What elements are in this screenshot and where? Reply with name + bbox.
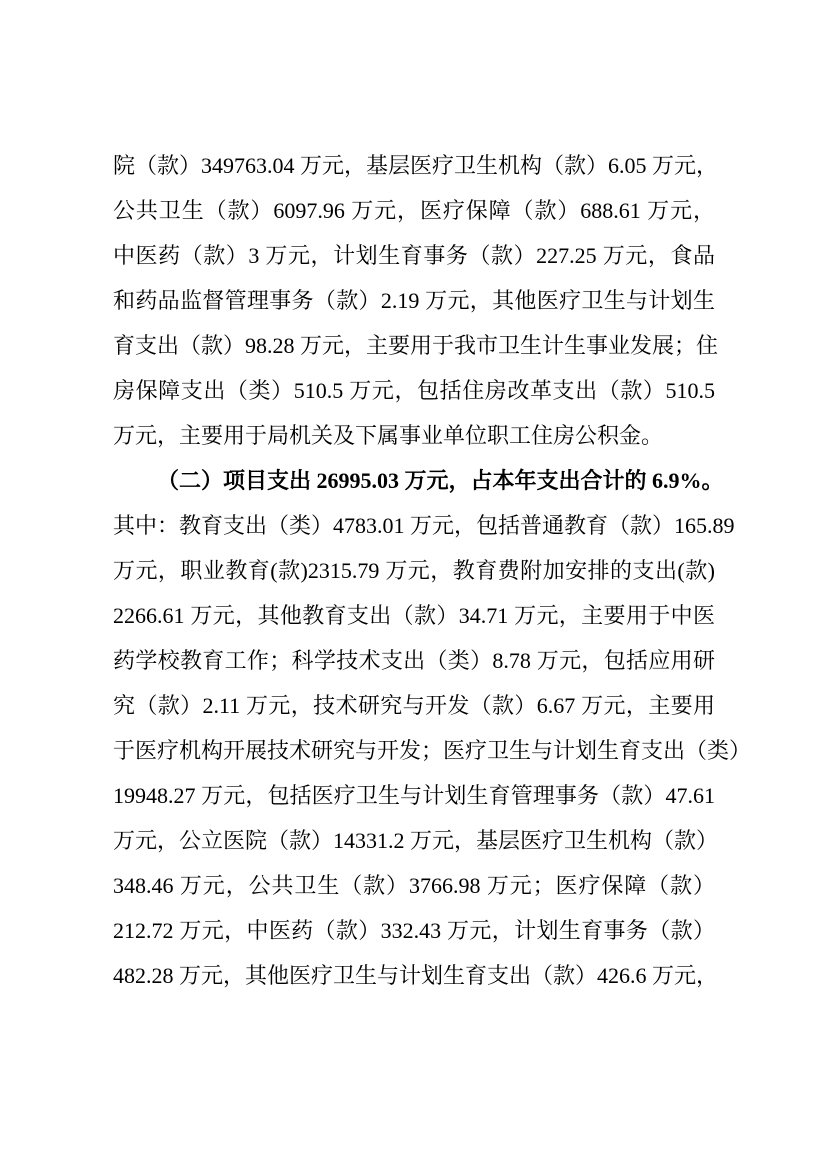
text-line: 中医药（款）3 万元，计划生育事务（款）227.25 万元，食品: [113, 233, 715, 278]
text-line: 2266.61 万元，其他教育支出（款）34.71 万元，主要用于中医: [113, 593, 715, 638]
text-line: 育支出（款）98.28 万元，主要用于我市卫生计生事业发展；住: [113, 323, 715, 368]
text-line: 212.72 万元，中医药（款）332.43 万元，计划生育事务（款）: [113, 908, 715, 953]
text-line: 万元，公立医院（款）14331.2 万元，基层医疗卫生机构（款）: [113, 818, 715, 863]
text-line: 房保障支出（类）510.5 万元，包括住房改革支出（款）510.5: [113, 368, 715, 413]
text-line: 19948.27 万元，包括医疗卫生与计划生育管理事务（款）47.61: [113, 773, 715, 818]
document-page: 院（款）349763.04 万元，基层医疗卫生机构（款）6.05 万元， 公共卫…: [0, 0, 827, 1169]
text-line: 和药品监督管理事务（款）2.19 万元，其他医疗卫生与计划生: [113, 278, 715, 323]
text-line: 公共卫生（款）6097.96 万元，医疗保障（款）688.61 万元，: [113, 188, 715, 233]
paragraph-last-line: 万元，主要用于局机关及下属事业单位职工住房公积金。: [113, 413, 715, 458]
text-line: 348.46 万元，公共卫生（款）3766.98 万元；医疗保障（款）: [113, 863, 715, 908]
text-line: 万元，职业教育(款)2315.79 万元，教育费附加安排的支出(款): [113, 548, 715, 593]
text-line: 院（款）349763.04 万元，基层医疗卫生机构（款）6.05 万元，: [113, 143, 715, 188]
text-line: 其中：教育支出（类）4783.01 万元，包括普通教育（款）165.89: [113, 503, 715, 548]
text-line: 究（款）2.11 万元，技术研究与开发（款）6.67 万元，主要用: [113, 683, 715, 728]
text-line: 于医疗机构开展技术研究与开发；医疗卫生与计划生育支出（类）: [113, 728, 715, 773]
section-heading: （二）项目支出 26995.03 万元，占本年支出合计的 6.9%。: [113, 458, 715, 503]
text-line: 482.28 万元，其他医疗卫生与计划生育支出（款）426.6 万元，: [113, 953, 715, 998]
text-line: 药学校教育工作；科学技术支出（类）8.78 万元，包括应用研: [113, 638, 715, 683]
document-text-block: 院（款）349763.04 万元，基层医疗卫生机构（款）6.05 万元， 公共卫…: [113, 143, 715, 998]
